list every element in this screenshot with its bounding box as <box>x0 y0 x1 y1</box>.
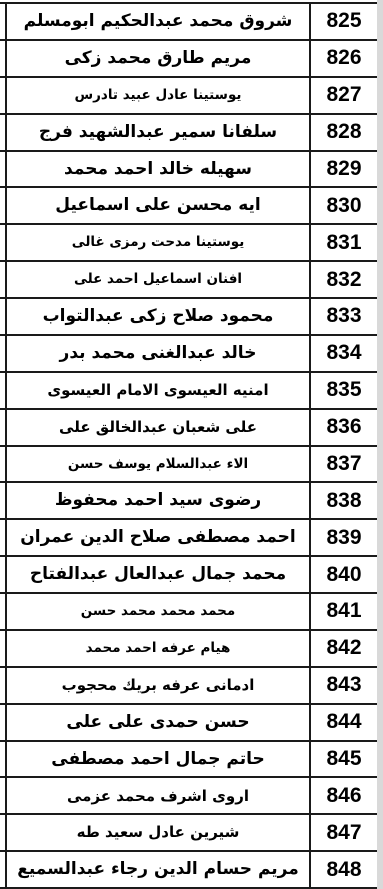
table-row: شروق محمد عبدالحكيم ابومسلم825 <box>0 4 377 41</box>
serial-number-cell: 838 <box>309 483 377 518</box>
serial-number-cell: 831 <box>309 225 377 260</box>
table-row: امنيه العيسوى الامام العيسوى835 <box>0 373 377 410</box>
cutoff-left-cell <box>0 188 7 223</box>
student-name-cell: الاء عبدالسلام يوسف حسن <box>7 447 309 482</box>
student-name-cell: افنان اسماعيل احمد على <box>7 262 309 297</box>
table-row: شيرين عادل سعيد طه847 <box>0 815 377 852</box>
serial-number-cell: 832 <box>309 262 377 297</box>
scan-edge-strip <box>377 0 383 889</box>
cutoff-left-cell <box>0 815 7 850</box>
student-name-cell: مريم حسام الدين رجاء عبدالسميع <box>7 852 309 887</box>
serial-number-cell: 826 <box>309 41 377 76</box>
student-name-cell: سلفانا سمير عبدالشهيد فرج <box>7 115 309 150</box>
student-name-cell: ايه محسن على اسماعيل <box>7 188 309 223</box>
roster-table: شروق محمد عبدالحكيم ابومسلم825مريم طارق … <box>0 2 377 889</box>
student-name-cell: حاتم جمال احمد مصطفى <box>7 742 309 777</box>
table-row: على شعبان عبدالخالق على836 <box>0 410 377 447</box>
cutoff-left-cell <box>0 262 7 297</box>
cutoff-left-cell <box>0 557 7 592</box>
serial-number-cell: 848 <box>309 852 377 887</box>
serial-number-cell: 825 <box>309 4 377 39</box>
student-name-cell: محمد محمد محمد حسن <box>7 594 309 629</box>
student-name-cell: مريم طارق محمد زكى <box>7 41 309 76</box>
table-row: مريم حسام الدين رجاء عبدالسميع848 <box>0 852 377 889</box>
table-row: محمود صلاح زكى عبدالتواب833 <box>0 299 377 336</box>
student-name-cell: امنيه العيسوى الامام العيسوى <box>7 373 309 408</box>
table-row: ادمانى عرفه بريك محجوب843 <box>0 668 377 705</box>
student-name-cell: سهيله خالد احمد محمد <box>7 152 309 187</box>
student-name-cell: حسن حمدى على على <box>7 705 309 740</box>
serial-number-cell: 839 <box>309 520 377 555</box>
student-name-cell: رضوى سيد احمد محفوظ <box>7 483 309 518</box>
cutoff-left-cell <box>0 410 7 445</box>
table-row: محمد جمال عبدالعال عبدالفتاح840 <box>0 557 377 594</box>
roster-body: شروق محمد عبدالحكيم ابومسلم825مريم طارق … <box>0 4 377 889</box>
table-row: حاتم جمال احمد مصطفى845 <box>0 742 377 779</box>
table-row: افنان اسماعيل احمد على832 <box>0 262 377 299</box>
cutoff-left-cell <box>0 778 7 813</box>
serial-number-cell: 836 <box>309 410 377 445</box>
table-row: ايه محسن على اسماعيل830 <box>0 188 377 225</box>
serial-number-cell: 834 <box>309 336 377 371</box>
cutoff-left-cell <box>0 152 7 187</box>
student-name-cell: هيام عرفه احمد محمد <box>7 631 309 666</box>
serial-number-cell: 845 <box>309 742 377 777</box>
cutoff-left-cell <box>0 631 7 666</box>
cutoff-left-cell <box>0 705 7 740</box>
student-name-cell: احمد مصطفى صلاح الدين عمران <box>7 520 309 555</box>
cutoff-left-cell <box>0 115 7 150</box>
cutoff-left-cell <box>0 520 7 555</box>
cutoff-left-cell <box>0 4 7 39</box>
student-name-cell: يوستينا عادل عبيد تادرس <box>7 78 309 113</box>
serial-number-cell: 844 <box>309 705 377 740</box>
table-row: اروى اشرف محمد عزمى846 <box>0 778 377 815</box>
serial-number-cell: 828 <box>309 115 377 150</box>
serial-number-cell: 846 <box>309 778 377 813</box>
serial-number-cell: 829 <box>309 152 377 187</box>
table-row: سلفانا سمير عبدالشهيد فرج828 <box>0 115 377 152</box>
table-row: محمد محمد محمد حسن841 <box>0 594 377 631</box>
cutoff-left-cell <box>0 225 7 260</box>
serial-number-cell: 841 <box>309 594 377 629</box>
cutoff-left-cell <box>0 78 7 113</box>
serial-number-cell: 833 <box>309 299 377 334</box>
student-name-cell: شروق محمد عبدالحكيم ابومسلم <box>7 4 309 39</box>
cutoff-left-cell <box>0 668 7 703</box>
cutoff-left-cell <box>0 447 7 482</box>
cutoff-left-cell <box>0 41 7 76</box>
table-row: يوستينا مدحت رمزى غالى831 <box>0 225 377 262</box>
student-name-cell: محمود صلاح زكى عبدالتواب <box>7 299 309 334</box>
table-row: هيام عرفه احمد محمد842 <box>0 631 377 668</box>
table-row: مريم طارق محمد زكى826 <box>0 41 377 78</box>
cutoff-left-cell <box>0 483 7 518</box>
serial-number-cell: 847 <box>309 815 377 850</box>
serial-number-cell: 842 <box>309 631 377 666</box>
student-name-cell: اروى اشرف محمد عزمى <box>7 778 309 813</box>
table-row: سهيله خالد احمد محمد829 <box>0 152 377 189</box>
student-name-cell: شيرين عادل سعيد طه <box>7 815 309 850</box>
table-row: حسن حمدى على على844 <box>0 705 377 742</box>
student-name-cell: على شعبان عبدالخالق على <box>7 410 309 445</box>
cutoff-left-cell <box>0 373 7 408</box>
student-name-cell: محمد جمال عبدالعال عبدالفتاح <box>7 557 309 592</box>
cutoff-left-cell <box>0 336 7 371</box>
cutoff-left-cell <box>0 742 7 777</box>
table-row: احمد مصطفى صلاح الدين عمران839 <box>0 520 377 557</box>
student-name-cell: خالد عبدالغنى محمد بدر <box>7 336 309 371</box>
table-row: رضوى سيد احمد محفوظ838 <box>0 483 377 520</box>
serial-number-cell: 837 <box>309 447 377 482</box>
student-name-cell: يوستينا مدحت رمزى غالى <box>7 225 309 260</box>
serial-number-cell: 827 <box>309 78 377 113</box>
serial-number-cell: 830 <box>309 188 377 223</box>
cutoff-left-cell <box>0 299 7 334</box>
table-row: الاء عبدالسلام يوسف حسن837 <box>0 447 377 484</box>
scanned-roster-page: شروق محمد عبدالحكيم ابومسلم825مريم طارق … <box>0 0 383 889</box>
table-row: خالد عبدالغنى محمد بدر834 <box>0 336 377 373</box>
serial-number-cell: 840 <box>309 557 377 592</box>
serial-number-cell: 843 <box>309 668 377 703</box>
cutoff-left-cell <box>0 852 7 887</box>
serial-number-cell: 835 <box>309 373 377 408</box>
table-row: يوستينا عادل عبيد تادرس827 <box>0 78 377 115</box>
student-name-cell: ادمانى عرفه بريك محجوب <box>7 668 309 703</box>
cutoff-left-cell <box>0 594 7 629</box>
